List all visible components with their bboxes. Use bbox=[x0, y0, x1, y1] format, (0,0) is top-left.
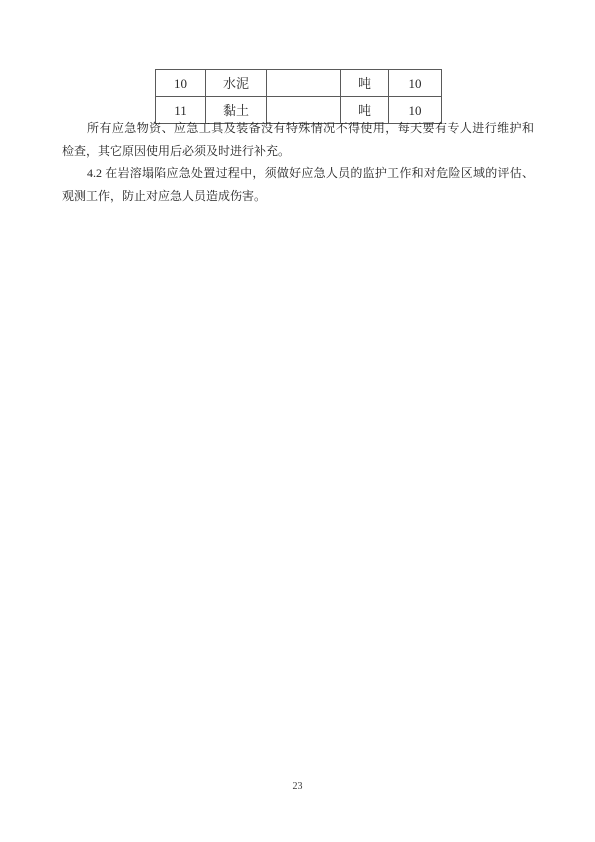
paragraph-line: 所有应急物资、应急工具及装备没有特殊情况不得使用，每天要有专人进行维护和 bbox=[62, 117, 534, 140]
document-page: 10 水泥 吨 10 11 黏土 吨 10 所有应急物资、应急工具及装备没有特殊… bbox=[0, 0, 595, 842]
cell-unit: 吨 bbox=[341, 70, 389, 97]
cell-quantity: 10 bbox=[389, 70, 442, 97]
page-number: 23 bbox=[0, 781, 595, 793]
paragraph-section-4-2: 4.2 在岩溶塌陷应急处置过程中，须做好应急人员的监护工作和对危险区域的评估、 … bbox=[62, 162, 534, 207]
paragraph-maintenance-requirements: 所有应急物资、应急工具及装备没有特殊情况不得使用，每天要有专人进行维护和 检查，… bbox=[62, 117, 534, 162]
cell-spec-empty bbox=[267, 70, 341, 97]
cell-material-name: 水泥 bbox=[206, 70, 267, 97]
table-row: 10 水泥 吨 10 bbox=[156, 70, 442, 97]
emergency-supplies-table: 10 水泥 吨 10 11 黏土 吨 10 bbox=[155, 69, 442, 124]
paragraph-line: 观测工作，防止对应急人员造成伤害。 bbox=[62, 185, 534, 208]
paragraph-line: 4.2 在岩溶塌陷应急处置过程中，须做好应急人员的监护工作和对危险区域的评估、 bbox=[62, 162, 534, 185]
cell-serial-number: 10 bbox=[156, 70, 206, 97]
paragraph-line: 检查，其它原因使用后必须及时进行补充。 bbox=[62, 140, 534, 163]
